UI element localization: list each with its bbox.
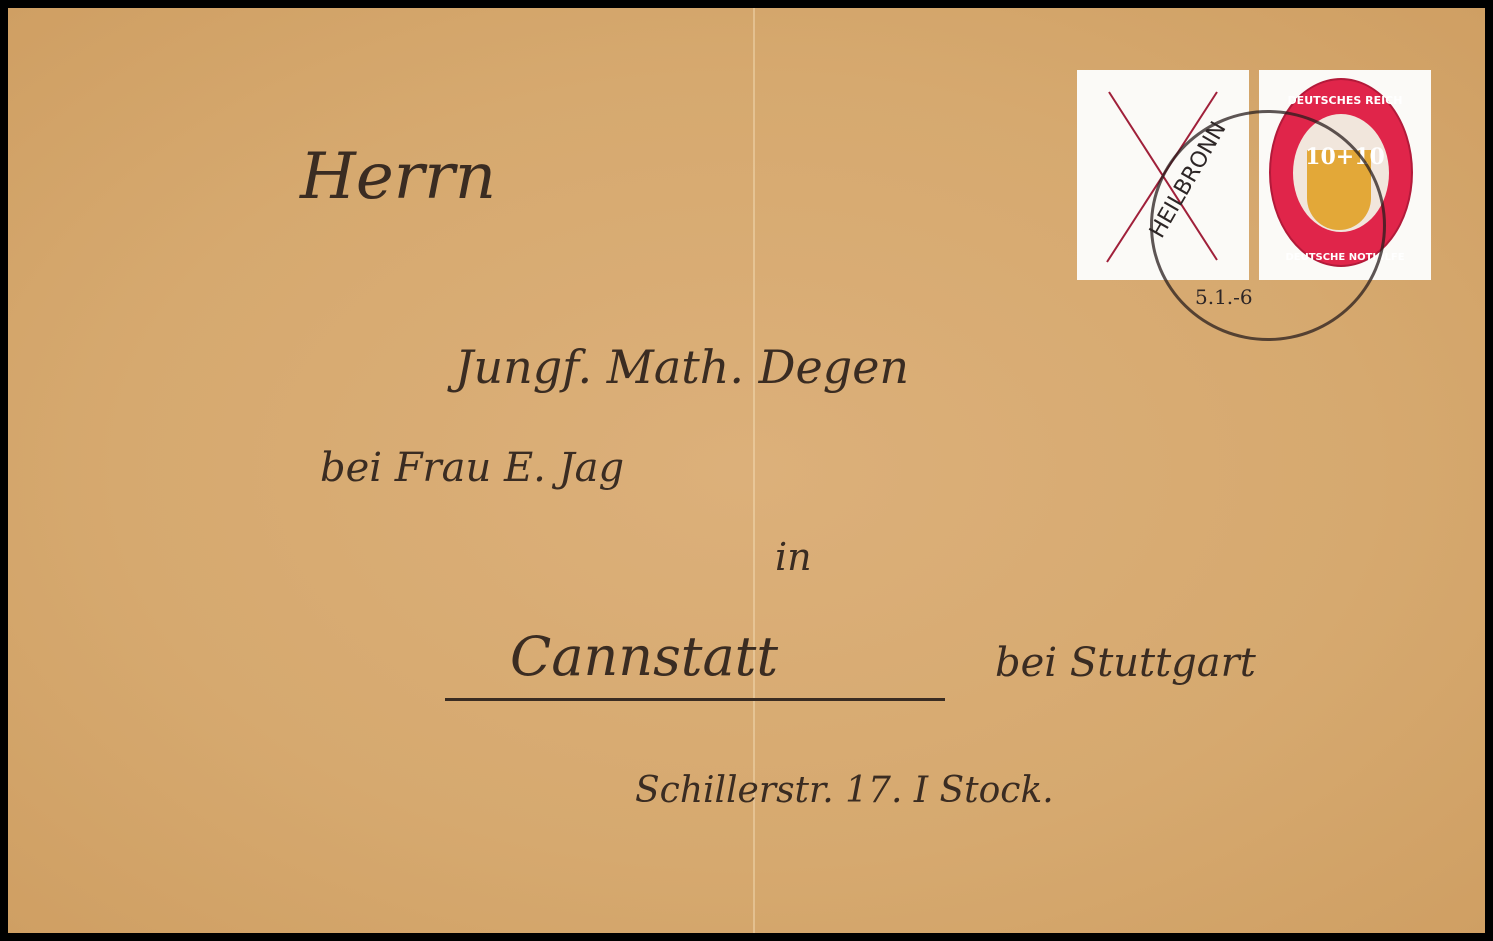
stamp-country: DEUTSCHES REICH xyxy=(1259,94,1431,107)
salutation: Herrn xyxy=(300,140,496,214)
address-line-1: Jungf. Math. Degen xyxy=(455,340,909,394)
address-line-2: bei Frau E. Jag xyxy=(320,445,624,491)
city-underline xyxy=(445,698,945,701)
address-city: Cannstatt xyxy=(510,625,778,688)
address-line-3: in xyxy=(775,535,812,579)
postmark-date: 5.1.-6 xyxy=(1195,285,1253,309)
address-street: Schillerstr. 17. I Stock. xyxy=(635,770,1054,811)
postmark xyxy=(1150,110,1386,341)
address-region: bei Stuttgart xyxy=(995,640,1256,686)
